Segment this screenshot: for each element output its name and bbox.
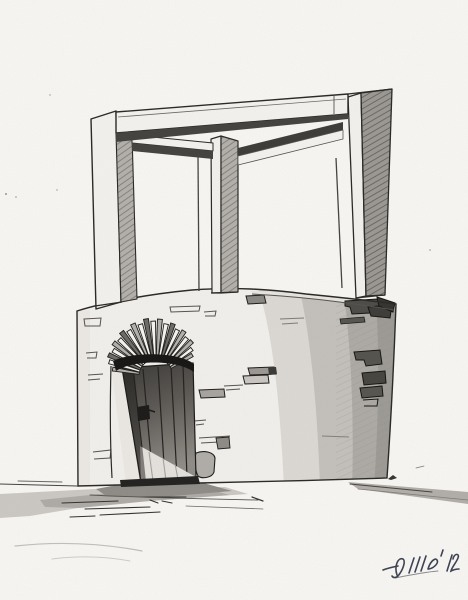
sketch-page: ’12 bbox=[0, 0, 468, 600]
sketch-canvas bbox=[0, 0, 468, 600]
paper-grain-overlay bbox=[0, 0, 468, 600]
